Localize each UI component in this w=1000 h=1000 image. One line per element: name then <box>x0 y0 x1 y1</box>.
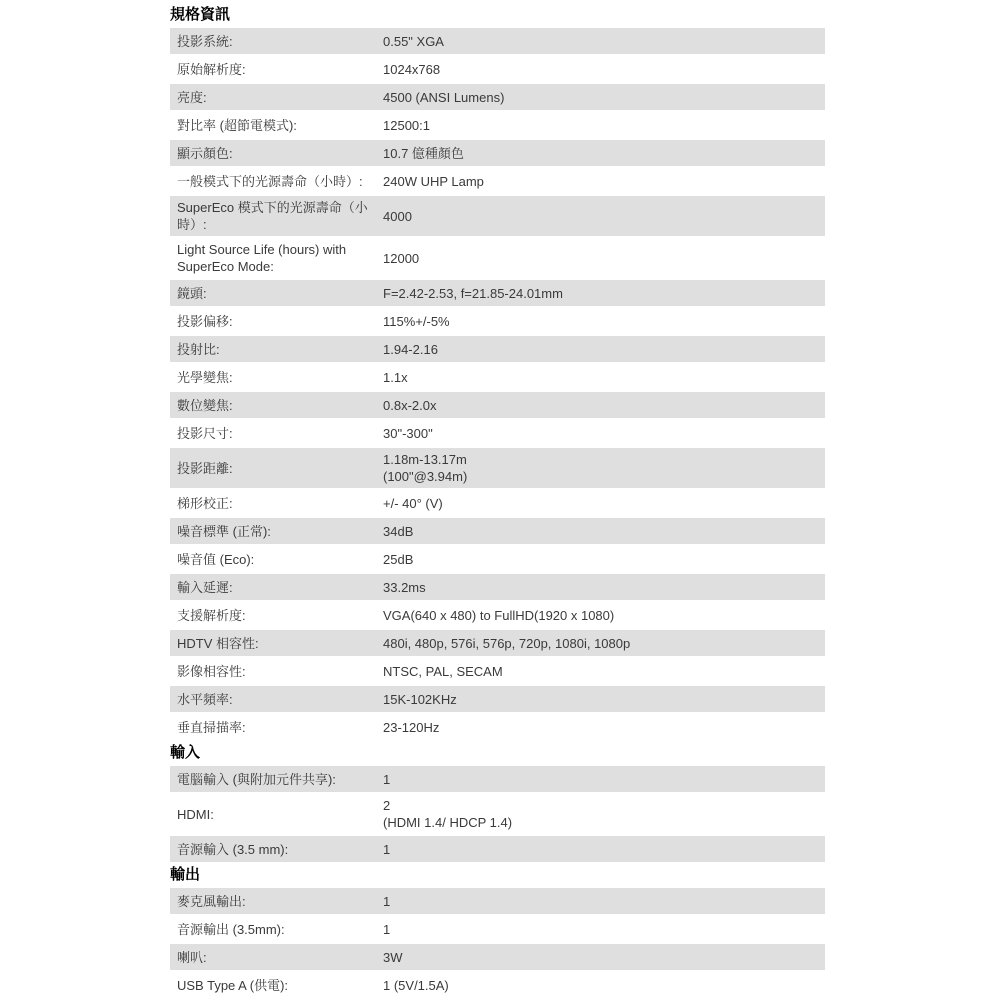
row-value: 34dB <box>383 523 825 540</box>
row-value: 480i, 480p, 576i, 576p, 720p, 1080i, 108… <box>383 635 825 652</box>
table-row: 喇叭: 3W <box>170 944 825 970</box>
row-label: 投影系統: <box>170 33 383 50</box>
row-value: 33.2ms <box>383 579 825 596</box>
spec-section: 規格資訊 投影系統: 0.55" XGA 原始解析度: 1024x768 亮度:… <box>170 6 825 740</box>
table-row: 一般模式下的光源壽命（小時）: 240W UHP Lamp <box>170 168 825 194</box>
table-row: 垂直掃描率: 23-120Hz <box>170 714 825 740</box>
row-label: 水平頻率: <box>170 691 383 708</box>
row-label: 影像相容性: <box>170 663 383 680</box>
row-value: F=2.42-2.53, f=21.85-24.01mm <box>383 285 825 302</box>
table-row: 音源輸出 (3.5mm): 1 <box>170 916 825 942</box>
row-value: 1.1x <box>383 369 825 386</box>
row-label: 數位變焦: <box>170 397 383 414</box>
row-label: 鏡頭: <box>170 285 383 302</box>
row-value: 0.55" XGA <box>383 33 825 50</box>
table-row: 噪音標準 (正常): 34dB <box>170 518 825 544</box>
row-label: 投影尺寸: <box>170 425 383 442</box>
row-label: SuperEco 模式下的光源壽命（小時）: <box>170 199 383 233</box>
row-value: VGA(640 x 480) to FullHD(1920 x 1080) <box>383 607 825 624</box>
row-label: 亮度: <box>170 89 383 106</box>
table-row: 電腦輸入 (與附加元件共享): 1 <box>170 766 825 792</box>
row-value: 2 (HDMI 1.4/ HDCP 1.4) <box>383 797 825 831</box>
table-row: 亮度: 4500 (ANSI Lumens) <box>170 84 825 110</box>
row-label: 投影偏移: <box>170 313 383 330</box>
section-title: 輸出 <box>170 866 825 883</box>
table-row: Light Source Life (hours) with SuperEco … <box>170 238 825 278</box>
table-row: 支援解析度: VGA(640 x 480) to FullHD(1920 x 1… <box>170 602 825 628</box>
row-label: 噪音值 (Eco): <box>170 551 383 568</box>
row-label: 音源輸入 (3.5 mm): <box>170 841 383 858</box>
row-value: 0.8x-2.0x <box>383 397 825 414</box>
section-rows: 麥克風輸出: 1 音源輸出 (3.5mm): 1 喇叭: 3W USB Type… <box>170 888 825 998</box>
table-row: 數位變焦: 0.8x-2.0x <box>170 392 825 418</box>
table-row: 梯形校正: +/- 40° (V) <box>170 490 825 516</box>
row-value: 1 <box>383 893 825 910</box>
row-value: +/- 40° (V) <box>383 495 825 512</box>
table-row: 對比率 (超節電模式): 12500:1 <box>170 112 825 138</box>
row-value: 23-120Hz <box>383 719 825 736</box>
spec-sections: 規格資訊 投影系統: 0.55" XGA 原始解析度: 1024x768 亮度:… <box>170 6 825 998</box>
row-value: 4000 <box>383 208 825 225</box>
table-row: 水平頻率: 15K-102KHz <box>170 686 825 712</box>
row-label: HDTV 相容性: <box>170 635 383 652</box>
section-rows: 投影系統: 0.55" XGA 原始解析度: 1024x768 亮度: 4500… <box>170 28 825 740</box>
row-label: Light Source Life (hours) with SuperEco … <box>170 241 383 275</box>
row-label: 光學變焦: <box>170 369 383 386</box>
table-row: 投影系統: 0.55" XGA <box>170 28 825 54</box>
row-value: 3W <box>383 949 825 966</box>
row-label: 垂直掃描率: <box>170 719 383 736</box>
row-value: 115%+/-5% <box>383 313 825 330</box>
table-row: 光學變焦: 1.1x <box>170 364 825 390</box>
table-row: 投影偏移: 115%+/-5% <box>170 308 825 334</box>
row-label: 顯示顏色: <box>170 145 383 162</box>
row-value: 1024x768 <box>383 61 825 78</box>
row-label: 梯形校正: <box>170 495 383 512</box>
table-row: 投影距離: 1.18m-13.17m (100"@3.94m) <box>170 448 825 488</box>
row-value: 1 (5V/1.5A) <box>383 977 825 994</box>
row-label: 支援解析度: <box>170 607 383 624</box>
row-label: 喇叭: <box>170 949 383 966</box>
table-row: 輸入延遲: 33.2ms <box>170 574 825 600</box>
table-row: SuperEco 模式下的光源壽命（小時）: 4000 <box>170 196 825 236</box>
row-value: 12500:1 <box>383 117 825 134</box>
table-row: 原始解析度: 1024x768 <box>170 56 825 82</box>
section-title: 輸入 <box>170 744 825 761</box>
table-row: HDMI: 2 (HDMI 1.4/ HDCP 1.4) <box>170 794 825 834</box>
section-title: 規格資訊 <box>170 6 825 23</box>
row-label: 一般模式下的光源壽命（小時）: <box>170 173 383 190</box>
table-row: 音源輸入 (3.5 mm): 1 <box>170 836 825 862</box>
spec-page: 規格資訊 投影系統: 0.55" XGA 原始解析度: 1024x768 亮度:… <box>170 0 825 998</box>
row-value: NTSC, PAL, SECAM <box>383 663 825 680</box>
table-row: 顯示顏色: 10.7 億種顏色 <box>170 140 825 166</box>
row-value: 1 <box>383 841 825 858</box>
spec-section: 輸入 電腦輸入 (與附加元件共享): 1 HDMI: 2 (HDMI 1.4/ … <box>170 744 825 862</box>
table-row: 鏡頭: F=2.42-2.53, f=21.85-24.01mm <box>170 280 825 306</box>
row-value: 12000 <box>383 250 825 267</box>
row-label: 投射比: <box>170 341 383 358</box>
row-value: 1 <box>383 771 825 788</box>
row-label: HDMI: <box>170 806 383 823</box>
table-row: 噪音值 (Eco): 25dB <box>170 546 825 572</box>
row-label: 電腦輸入 (與附加元件共享): <box>170 771 383 788</box>
row-label: 輸入延遲: <box>170 579 383 596</box>
table-row: HDTV 相容性: 480i, 480p, 576i, 576p, 720p, … <box>170 630 825 656</box>
row-value: 10.7 億種顏色 <box>383 145 825 162</box>
row-label: 原始解析度: <box>170 61 383 78</box>
row-label: USB Type A (供電): <box>170 977 383 994</box>
row-value: 30"-300" <box>383 425 825 442</box>
row-label: 音源輸出 (3.5mm): <box>170 921 383 938</box>
table-row: 投射比: 1.94-2.16 <box>170 336 825 362</box>
row-value: 4500 (ANSI Lumens) <box>383 89 825 106</box>
row-value: 1 <box>383 921 825 938</box>
row-value: 1.94-2.16 <box>383 341 825 358</box>
table-row: 麥克風輸出: 1 <box>170 888 825 914</box>
row-value: 15K-102KHz <box>383 691 825 708</box>
row-label: 噪音標準 (正常): <box>170 523 383 540</box>
row-value: 240W UHP Lamp <box>383 173 825 190</box>
table-row: 投影尺寸: 30"-300" <box>170 420 825 446</box>
table-row: 影像相容性: NTSC, PAL, SECAM <box>170 658 825 684</box>
row-label: 麥克風輸出: <box>170 893 383 910</box>
section-rows: 電腦輸入 (與附加元件共享): 1 HDMI: 2 (HDMI 1.4/ HDC… <box>170 766 825 862</box>
row-value: 1.18m-13.17m (100"@3.94m) <box>383 451 825 485</box>
spec-section: 輸出 麥克風輸出: 1 音源輸出 (3.5mm): 1 喇叭: 3W USB T… <box>170 866 825 998</box>
row-label: 對比率 (超節電模式): <box>170 117 383 134</box>
row-value: 25dB <box>383 551 825 568</box>
table-row: USB Type A (供電): 1 (5V/1.5A) <box>170 972 825 998</box>
row-label: 投影距離: <box>170 460 383 477</box>
